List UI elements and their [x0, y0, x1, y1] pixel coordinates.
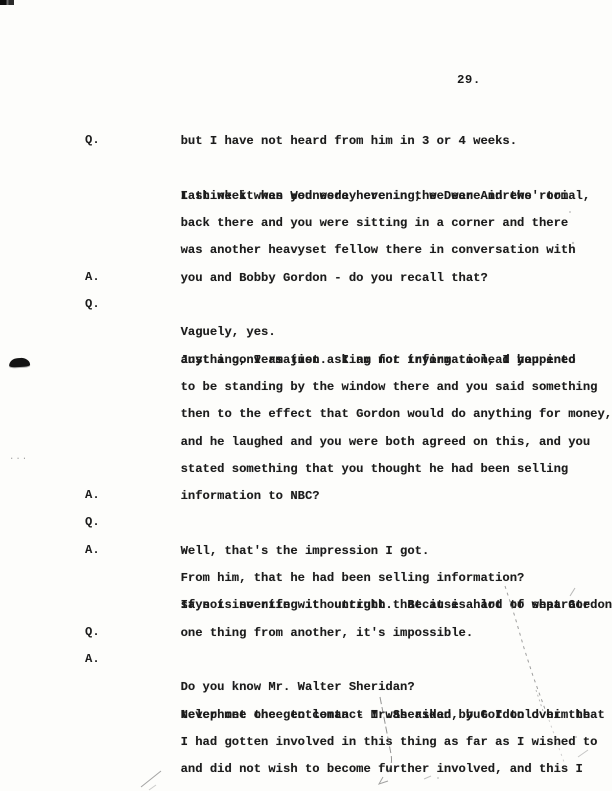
qa-entry-row: Q. From him, that he had been selling in…: [85, 509, 565, 536]
transcript-line: but I have not heard from him in 3 or 4 …: [85, 100, 565, 127]
qa-entry-row: A. Never met the gentleman - I was asked…: [85, 646, 565, 673]
transcript-line: back there and you were sitting in a cor…: [85, 182, 565, 209]
speaker-label: A.: [85, 264, 100, 291]
page-number: 29.: [457, 73, 481, 87]
transcript-line: stated something that you thought he had…: [85, 428, 565, 455]
scanned-transcript-page: 29. but I have not heard from him in 3 o…: [0, 0, 612, 791]
transcript-body: but I have not heard from him in 3 or 4 …: [85, 100, 565, 755]
transcript-line: you and Bobby Gordon - do you recall tha…: [85, 236, 565, 263]
transcript-line: one thing from another, it's impossible.: [85, 591, 565, 618]
transcript-line: telephone once to contact Mr.Sheridan, b…: [85, 673, 565, 700]
speaker-label: A.: [85, 646, 100, 673]
speaker-label: Q.: [85, 509, 100, 536]
ink-smudge-mark: [9, 357, 30, 367]
transcript-line: I had gotten involved in this thing as f…: [85, 701, 565, 728]
transcript-line: anything, I am just asking for informati…: [85, 318, 565, 345]
transcript-line: and did not wish to become further invol…: [85, 728, 565, 755]
qa-entry-row: Q. Last week when you were here in the D…: [85, 127, 565, 154]
qa-entry-row: Q. Just a conversation. I am not trying …: [85, 291, 565, 318]
transcript-line-text: and did not wish to become further invol…: [181, 762, 583, 776]
speaker-label: Q.: [85, 127, 100, 154]
margin-dots-mark: ...: [9, 452, 28, 462]
qa-entry-row: A. If not inventing it outright. Because…: [85, 537, 565, 564]
speaker-label: Q.: [85, 619, 100, 646]
transcript-line: says is so rife with untruth that it is …: [85, 564, 565, 591]
speaker-label: A.: [85, 537, 100, 564]
qa-entry-row: A. Well, that's the impression I got.: [85, 482, 565, 509]
transcript-line: I think it was Wednesday evening, we wer…: [85, 155, 565, 182]
speaker-label: A.: [85, 482, 100, 509]
transcript-line: and he laughed and you were both agreed …: [85, 400, 565, 427]
qa-entry-row: A. Vaguely, yes.: [85, 264, 565, 291]
transcript-line: then to the effect that Gordon would do …: [85, 373, 565, 400]
transcript-line: was another heavyset fellow there in con…: [85, 209, 565, 236]
speaker-label: Q.: [85, 291, 100, 318]
scan-corner-mark: [0, 0, 14, 5]
transcript-line: to be standing by the window there and y…: [85, 346, 565, 373]
qa-entry-row: Q. Do you know Mr. Walter Sheridan?: [85, 619, 565, 646]
transcript-line: information to NBC?: [85, 455, 565, 482]
